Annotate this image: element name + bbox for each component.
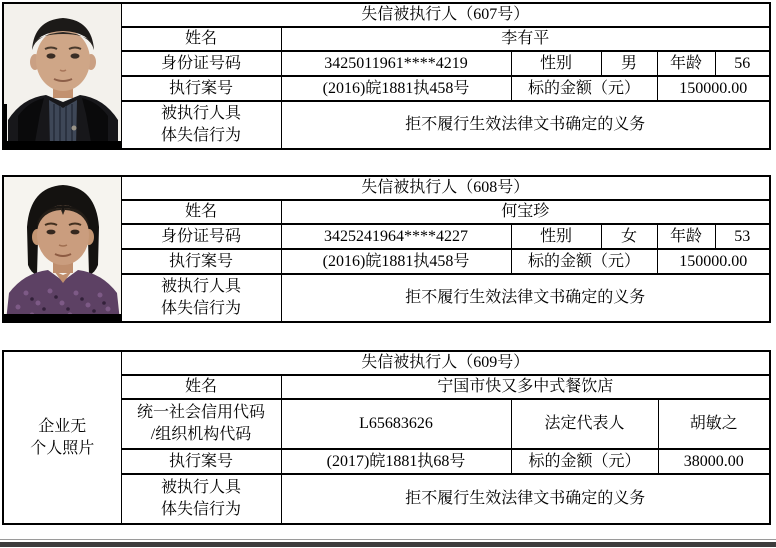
gender-value: 男 <box>601 51 657 76</box>
behavior-label: 被执行人具 体失信行为 <box>121 101 281 149</box>
behavior-value: 拒不履行生效法律文书确定的义务 <box>281 474 770 524</box>
id-number-label: 身份证号码 <box>121 51 281 76</box>
name-value: 李有平 <box>281 27 770 51</box>
case-number-value: (2017)皖1881执68号 <box>281 449 511 474</box>
next-table-rule-dark <box>0 542 776 547</box>
gender-label: 性别 <box>511 224 601 249</box>
woman-portrait-photo <box>4 177 121 321</box>
age-value: 56 <box>715 51 770 76</box>
man-portrait-photo <box>4 4 121 148</box>
record-table-608: 失信被执行人（608号） 姓名 何宝珍 身份证号码 3425241964****… <box>2 175 771 323</box>
dishonest-debtor-list-page: 失信被执行人（607号） 姓名 李有平 身份证号码 3425011961****… <box>0 2 776 548</box>
amount-value: 38000.00 <box>658 449 770 474</box>
legal-rep-value: 胡敏之 <box>658 399 770 449</box>
credit-code-value: L65683626 <box>281 399 511 449</box>
photo-placeholder: 企业无 个人照片 <box>3 351 121 524</box>
record-table-607: 失信被执行人（607号） 姓名 李有平 身份证号码 3425011961****… <box>2 2 771 150</box>
age-label: 年龄 <box>657 51 715 76</box>
name-label: 姓名 <box>121 200 281 224</box>
behavior-value: 拒不履行生效法律文书确定的义务 <box>281 274 770 322</box>
gender-value: 女 <box>601 224 657 249</box>
record-title: 失信被执行人（607号） <box>121 3 770 27</box>
record-title: 失信被执行人（609号） <box>121 351 770 375</box>
behavior-label: 被执行人具 体失信行为 <box>121 474 281 524</box>
name-value: 宁国市快又多中式餐饮店 <box>281 375 770 399</box>
legal-rep-label: 法定代表人 <box>511 399 658 449</box>
name-value: 何宝珍 <box>281 200 770 224</box>
age-label: 年龄 <box>657 224 715 249</box>
case-number-label: 执行案号 <box>121 249 281 274</box>
id-number-value: 3425241964****4227 <box>281 224 511 249</box>
behavior-value: 拒不履行生效法律文书确定的义务 <box>281 101 770 149</box>
case-number-label: 执行案号 <box>121 76 281 101</box>
name-label: 姓名 <box>121 27 281 51</box>
amount-label: 标的金额（元） <box>511 449 658 474</box>
case-number-value: (2016)皖1881执458号 <box>281 76 511 101</box>
portrait-photo-female <box>3 176 121 322</box>
amount-label: 标的金额（元） <box>511 76 657 101</box>
id-number-value: 3425011961****4219 <box>281 51 511 76</box>
case-number-label: 执行案号 <box>121 449 281 474</box>
gender-label: 性别 <box>511 51 601 76</box>
credit-code-label: 统一社会信用代码 /组织机构代码 <box>121 399 281 449</box>
behavior-label: 被执行人具 体失信行为 <box>121 274 281 322</box>
portrait-photo-male <box>3 3 121 149</box>
case-number-value: (2016)皖1881执458号 <box>281 249 511 274</box>
id-number-label: 身份证号码 <box>121 224 281 249</box>
name-label: 姓名 <box>121 375 281 399</box>
amount-label: 标的金额（元） <box>511 249 657 274</box>
record-title: 失信被执行人（608号） <box>121 176 770 200</box>
amount-value: 150000.00 <box>657 249 770 274</box>
age-value: 53 <box>715 224 770 249</box>
next-table-rule-light <box>0 539 776 540</box>
amount-value: 150000.00 <box>657 76 770 101</box>
record-table-609: 企业无 个人照片 失信被执行人（609号） 姓名 宁国市快又多中式餐饮店 统一社… <box>2 350 771 525</box>
